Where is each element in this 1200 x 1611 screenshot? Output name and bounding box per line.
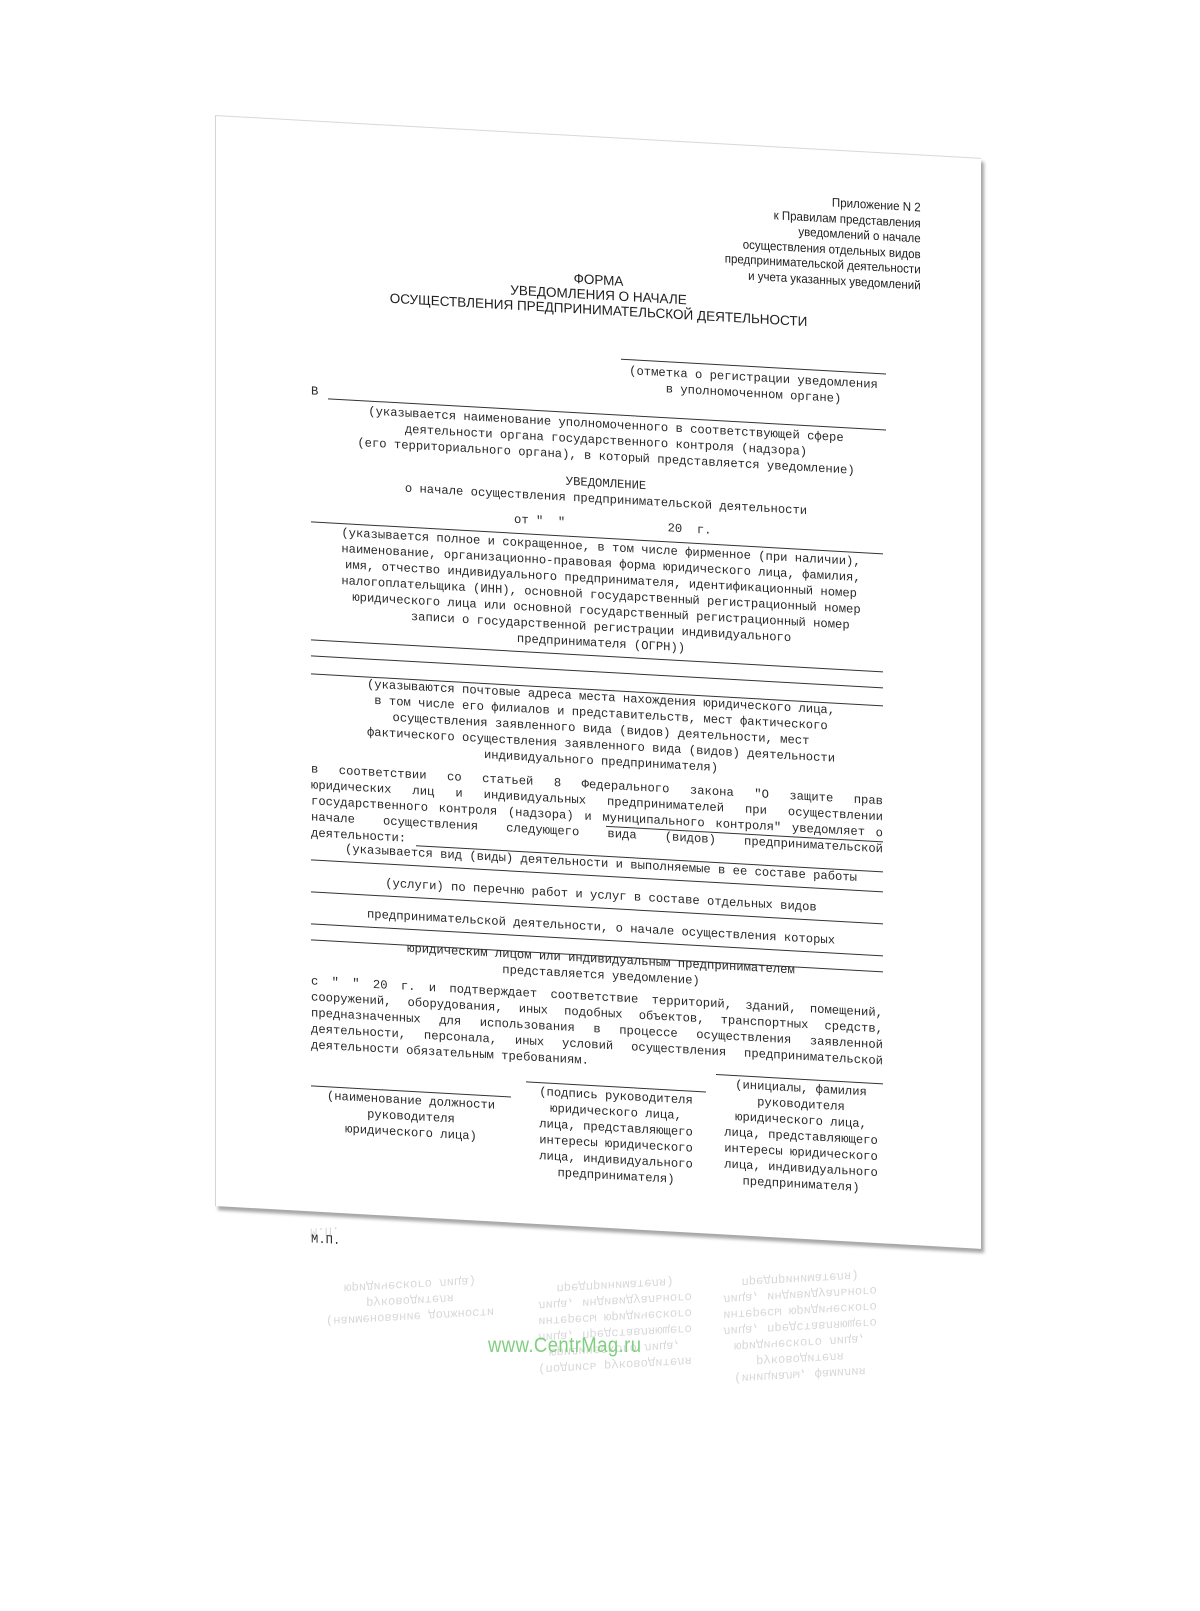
position-hint: (наименование должности руководителя юри… — [311, 1087, 511, 1146]
document-stage: Приложение N 2 к Правилам представления … — [0, 0, 1200, 1611]
document-page: Приложение N 2 к Правилам представления … — [215, 115, 981, 1249]
recipient-prefix: В — [311, 383, 318, 399]
reflection-position-hint: (наименование должности руководителя юри… — [310, 1271, 510, 1330]
registration-mark-hint: (отметка о регистрации уведомления в упо… — [611, 362, 896, 410]
watermark: www.CentrMag.ru — [488, 1334, 641, 1358]
appendix-header: Приложение N 2 к Правилам представления … — [725, 190, 921, 294]
reflection-name-hint: (инициалы, фамилия руководителя юридичес… — [710, 1265, 890, 1387]
applicant-hint: (указывается полное и сокращенное, в том… — [311, 523, 891, 667]
reflection-signature-hint: (подпись руководителя юридического лица,… — [520, 1271, 710, 1378]
reflection-stamp: М.П. — [310, 1222, 339, 1240]
signature-hint: (подпись руководителя юридического лица,… — [521, 1083, 711, 1190]
